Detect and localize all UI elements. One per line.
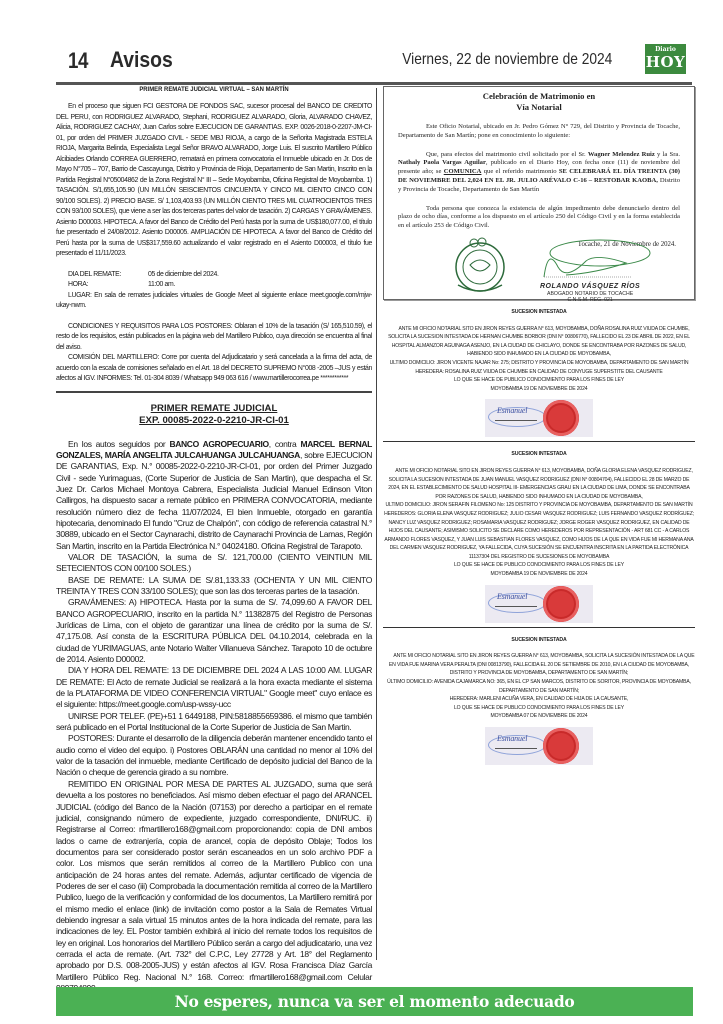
notice2-case-number: EXP. 00085-2022-0-2210-JR-CI-01 — [56, 415, 372, 427]
notice1-body: En el proceso que siguen FCI GESTORA DE … — [56, 102, 372, 385]
succession-divider — [383, 627, 695, 628]
notice2-title: PRIMER REMATE JUDICIAL EXP. 00085-2022-0… — [56, 403, 372, 427]
succession-domicile: ULTIMO DOMICILIO: JIRON VICENTE NAJAR No… — [383, 359, 695, 368]
stamp-signature: Esmanuel — [497, 593, 527, 602]
succession-divider — [383, 441, 695, 442]
signature-line — [495, 606, 537, 612]
diario-hoy-logo: Diario HOY — [645, 44, 686, 74]
auction-place: LUGAR: En sala de remates judiciales vir… — [56, 291, 372, 312]
red-seal-icon — [543, 586, 579, 622]
phone-join: UNIRSE POR TELEF. (PE)+51 1 6449188, PIN… — [56, 711, 372, 734]
notary-name: ROLANDO VÁSQUEZ RÍOS — [540, 283, 640, 291]
succession-notice: SUCESION INTESTADA ANTE MI OFICIO NOTARI… — [383, 450, 695, 622]
notice-divider — [56, 391, 372, 393]
succession-intro: ANTE MI OFICIO NOTARIAL SITO EN JIRON RE… — [383, 652, 695, 678]
stamp-signature: Esmanuel — [497, 407, 527, 416]
page-number: 14 — [68, 48, 88, 74]
succession-title: SUCESION INTESTADA — [383, 636, 695, 645]
succession-title: SUCESION INTESTADA — [383, 450, 695, 459]
marriage-notice-title: Celebración de Matrimonio en Vía Notaria… — [398, 91, 680, 113]
text: Que, para efectos del matrimonio civil s… — [426, 151, 588, 158]
auction-date-value: 05 de diciembre del 2024. — [148, 270, 219, 281]
auction-date-label: DIA DEL REMATE: — [68, 270, 148, 281]
succession-domicile: ÚLTIMO DOMICILIO: AVENIDA CAJAMARCA NO: … — [383, 678, 695, 695]
succession-notice: SUCESION INTESTADA ANTE MI OFICIO NOTARI… — [383, 308, 695, 437]
intro-text: , contra — [269, 439, 301, 449]
groom-name: Wagner Melendez Ruiz — [588, 151, 655, 158]
red-seal-icon — [543, 400, 579, 436]
title-line1: Celebración de Matrimonio en — [398, 91, 680, 102]
notice2-body: En los autos seguidos por BANCO AGROPECU… — [56, 439, 372, 995]
succession-notice: SUCESION INTESTADA ANTE MI OFICIO NOTARI… — [383, 636, 695, 765]
red-seal-icon — [543, 728, 579, 764]
succession-public-notice: LO QUE SE HACE DE PUBLICO CONOCIMIENTO P… — [383, 376, 695, 385]
notary-intro: Este Oficio Notarial, ubicado en Jr. Ped… — [398, 123, 680, 141]
succession-intro: ANTE MI OFICIO NOTARIAL SITO EN JIRON RE… — [383, 467, 695, 501]
issue-date: Viernes, 22 de noviembre de 2024 — [402, 51, 612, 69]
right-column: Celebración de Matrimonio en Vía Notaria… — [383, 86, 695, 769]
bidders-info: POSTORES: Durante el desarrollo de la di… — [56, 733, 372, 778]
notice2-title-line1: PRIMER REMATE JUDICIAL — [56, 403, 372, 415]
succession-domicile: ULTIMO DOMICILIO: JIRON SERAFIN FILOMENO… — [383, 501, 695, 510]
notary-signature-icon — [514, 235, 654, 279]
title-line2: Vía Notarial — [398, 102, 680, 113]
succession-heirs: HEREDEROS: GLORIA ELENA VASQUEZ RODRIGUE… — [383, 510, 695, 562]
logo-big-text: HOY — [645, 54, 686, 70]
succession-public-notice: LO QUE SE HACE DE PUBLICO CONOCIMIENTO P… — [383, 704, 695, 713]
succession-date: MOYOBAMBA 19 DE NOVIEMBRE DE 2024 — [383, 385, 695, 394]
auction-time-label: HORA: — [68, 280, 148, 291]
auction-datetime: DIA Y HORA DEL REMATE: 13 DE DICIEMBRE D… — [56, 665, 372, 710]
auction-date-row: DIA DEL REMATE: 05 de diciembre del 2024… — [56, 270, 372, 281]
signature-line — [495, 748, 537, 754]
notary-stamp: Esmanuel — [485, 585, 593, 623]
stamp-signature: Esmanuel — [497, 735, 527, 744]
intro-text: , sobre EJECUCION DE GARANTIAS, Exp. N.°… — [56, 450, 372, 551]
auction-time-row: HORA: 11:00 am. — [56, 280, 372, 291]
succession-heirs: HEREDERA: ROSALINA RUIZ VIUDA DE CHUMBE … — [383, 368, 695, 377]
notice2-intro: En los autos seguidos por BANCO AGROPECU… — [56, 439, 372, 552]
text: que el referido matrimonio — [481, 168, 558, 175]
bidder-conditions: CONDICIONES Y REQUISITOS PARA LOS POSTOR… — [56, 322, 372, 354]
plaintiff-name: BANCO AGROPECUARIO — [169, 439, 268, 449]
succession-title: SUCESION INTESTADA — [383, 308, 695, 317]
succession-heirs: HEREDERA: MARLENI ACUÑA VERA, EN CALIDAD… — [383, 695, 695, 704]
page-header: 14 Avisos Viernes, 22 de noviembre de 20… — [56, 43, 692, 77]
marriage-notice: Celebración de Matrimonio en Vía Notaria… — [383, 86, 695, 300]
column-divider — [376, 88, 377, 960]
text: y la Sra. — [655, 151, 680, 158]
notary-registration: C.N.S.M. REG. 021 — [540, 297, 640, 303]
impediment-notice: Toda persona que conozca la existencia d… — [398, 205, 680, 231]
comunica-text: COMUNICA — [444, 168, 482, 175]
auctioneer-commission: COMISIÓN DEL MARTILLERO: Corre por cuent… — [56, 353, 372, 385]
section-title: Avisos — [110, 47, 173, 73]
succession-date: MOYOBAMBA 19 DE NOVIEMBRE DE 2024 — [383, 570, 695, 579]
promo-banner: No esperes, nunca va ser el momento adec… — [56, 987, 693, 1016]
marriage-details: Que, para efectos del matrimonio civil s… — [398, 151, 680, 195]
signature-line — [495, 420, 537, 426]
notary-signature-block: ROLANDO VÁSQUEZ RÍOS ABOGADO NOTARIO DE … — [540, 283, 640, 303]
liens: GRAVÁMENES: A) HIPOTECA. Hasta por la su… — [56, 597, 372, 665]
submission-info: REMITIDO EN ORIGINAL POR MESA DE PARTES … — [56, 779, 372, 995]
succession-public-notice: LO QUE SE HACE DE PUBLICO CONOCIMIENTO P… — [383, 561, 695, 570]
intro-text: En los autos seguidos por — [68, 439, 169, 449]
succession-intro: ANTE MI OFICIO NOTARIAL SITO EN JIRON RE… — [383, 325, 695, 359]
left-column: PRIMER REMATE JUDICIAL VIRTUAL – SAN MAR… — [56, 85, 372, 965]
notary-stamp: Esmanuel — [485, 727, 593, 765]
bride-name: Nathaly Paola Vargas Aguilar — [398, 159, 486, 166]
notary-stamp: Esmanuel — [485, 399, 593, 437]
notary-seal-icon — [452, 235, 508, 295]
appraisal-value: VALOR DE TASACIÓN, la suma de S/. 121,70… — [56, 552, 372, 575]
notice1-paragraph: En el proceso que siguen FCI GESTORA DE … — [56, 102, 372, 260]
succession-date: MOYOBAMBA 07 DE NOVIEMBRE DE 2024 — [383, 712, 695, 721]
auction-time-value: 11:00 am. — [148, 280, 175, 291]
notice1-title: PRIMER REMATE JUDICIAL VIRTUAL – SAN MAR… — [72, 86, 356, 93]
auction-base: BASE DE REMATE: LA SUMA DE S/.81,133.33 … — [56, 575, 372, 598]
